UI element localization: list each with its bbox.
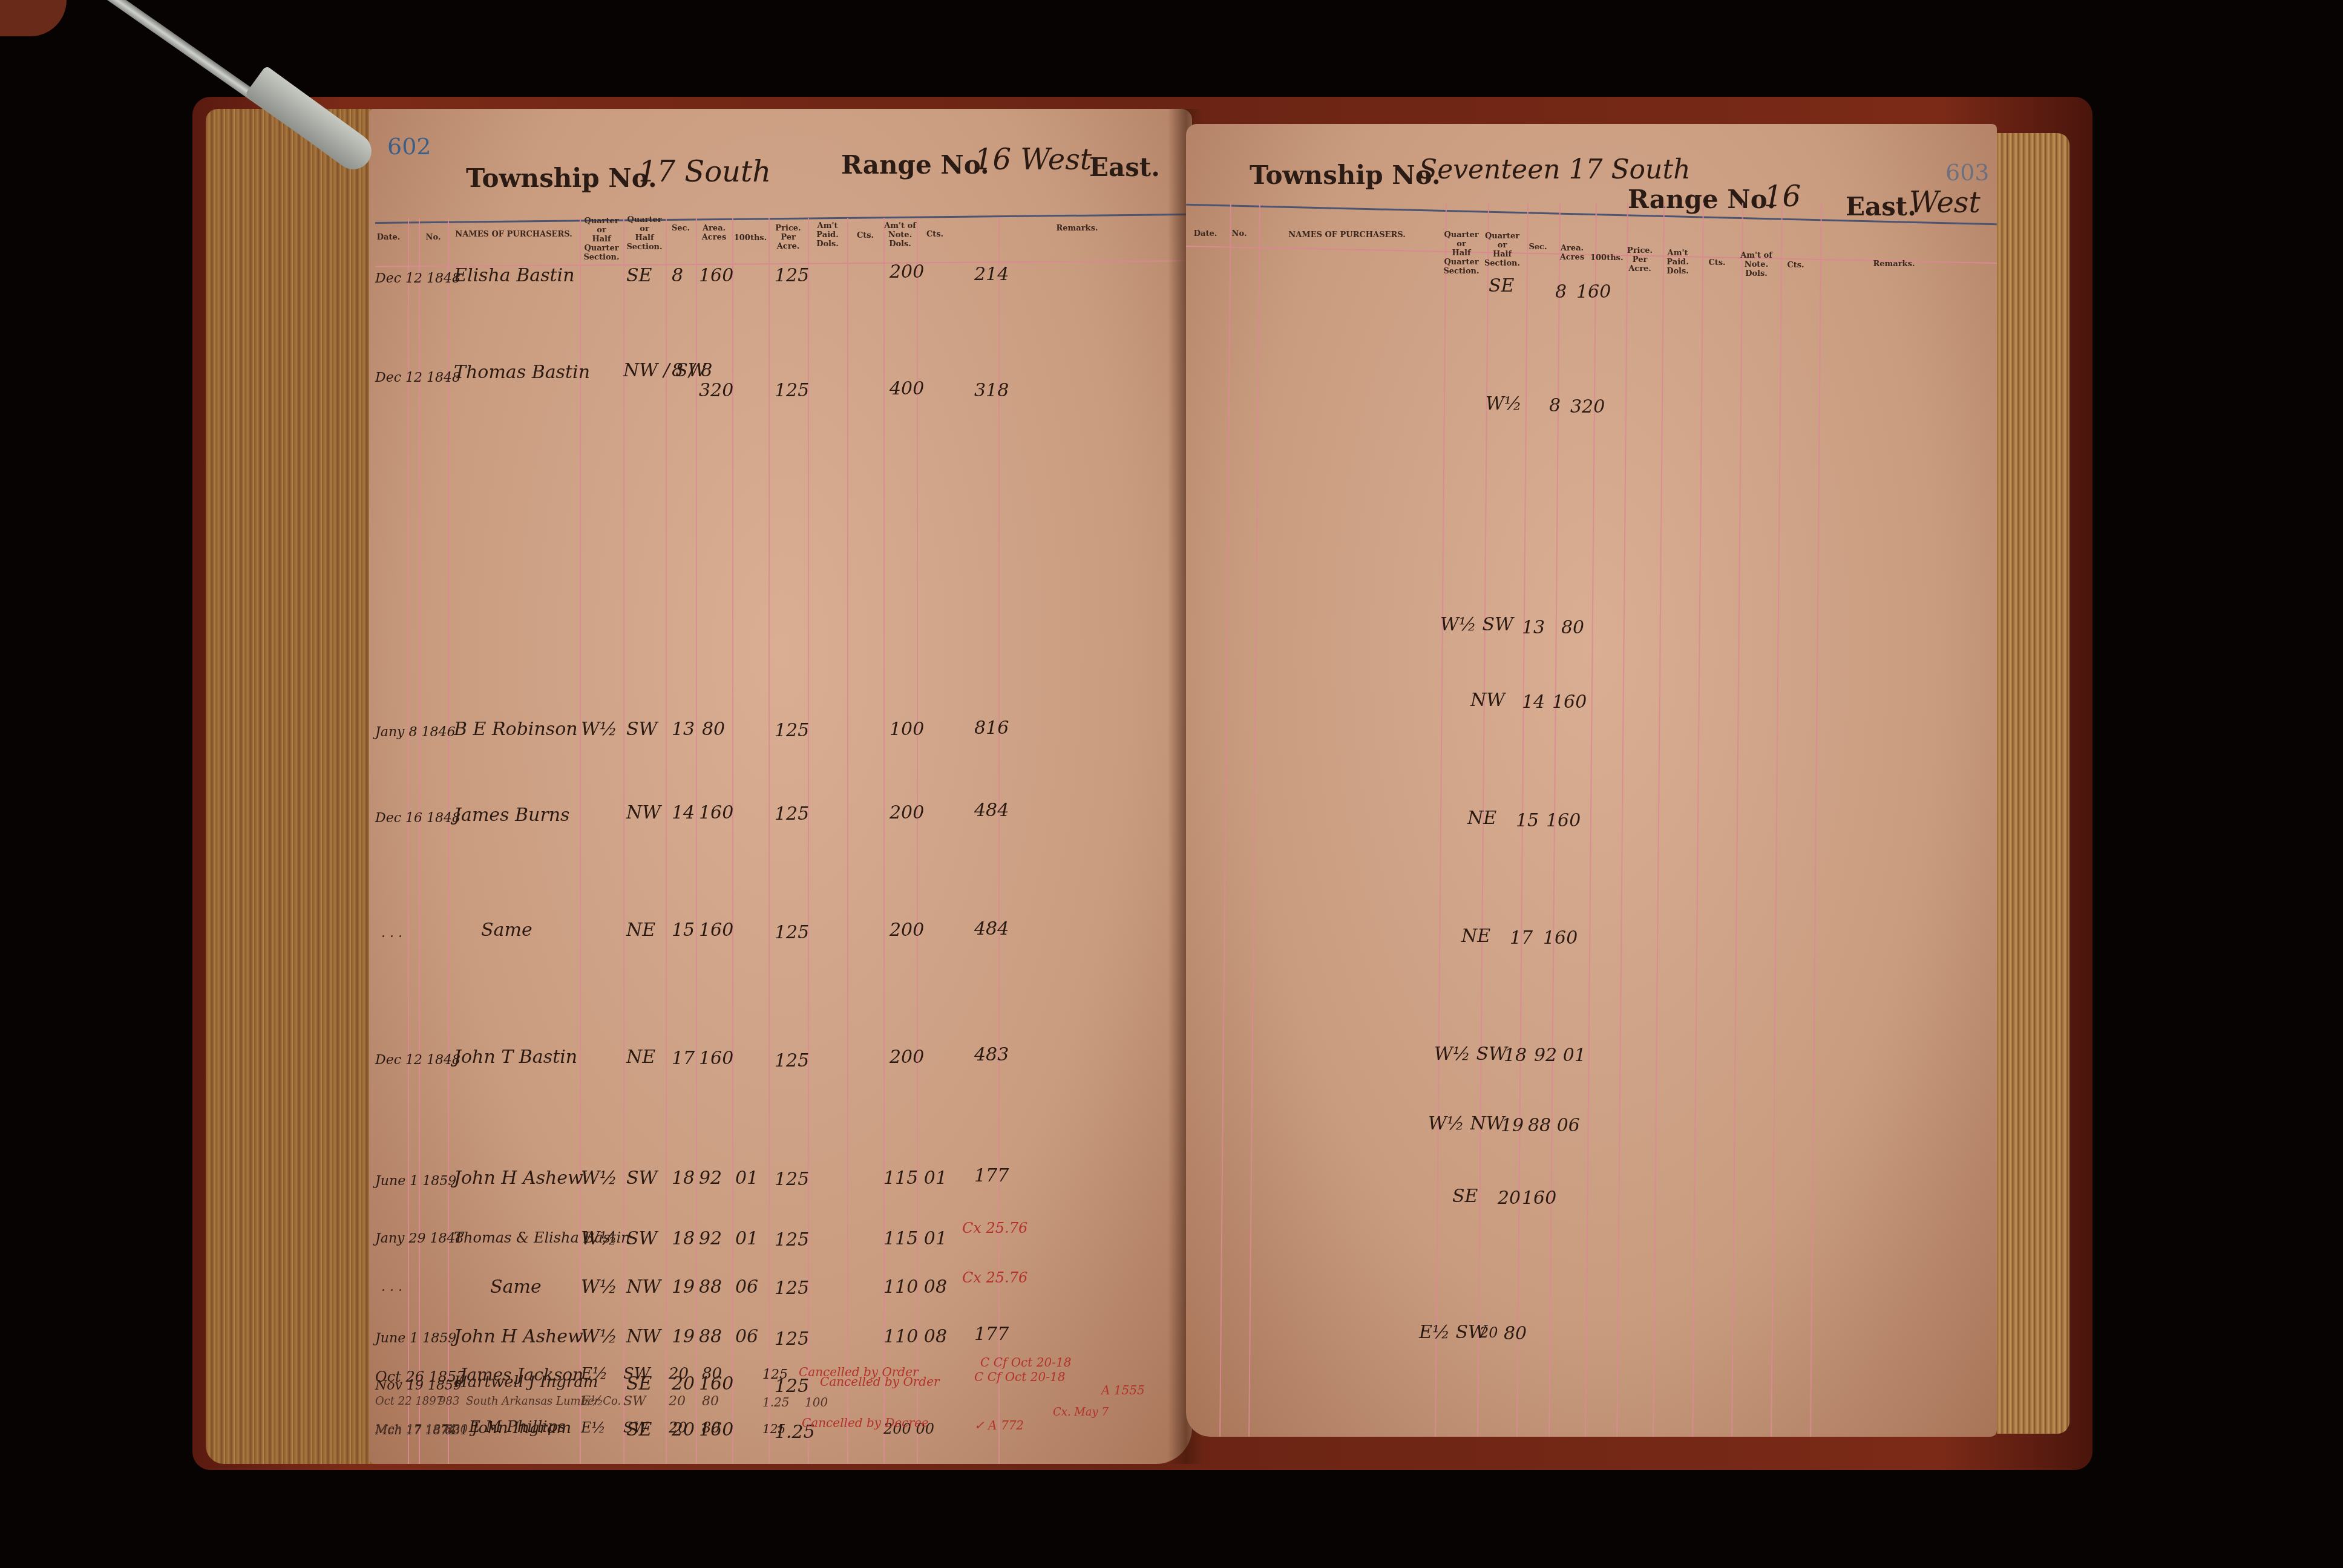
column-line	[666, 218, 667, 1464]
row-paid: 100	[805, 1395, 828, 1410]
col-date: Date.	[369, 233, 408, 242]
column-line	[808, 218, 809, 1464]
row-acres: 160	[1546, 810, 1581, 831]
row-date: . . .	[381, 1279, 402, 1295]
row-quarter: NW	[626, 802, 661, 823]
row-sec: 18	[672, 1228, 695, 1249]
column-line	[1616, 203, 1628, 1437]
row-remarks: 214	[974, 264, 1009, 285]
row-qq: W½	[581, 1168, 617, 1189]
col-paid-dols: Am't Paid. Dols.	[1658, 249, 1697, 276]
col-paid-cts: Cts.	[847, 231, 883, 240]
row-acres: 80	[702, 719, 725, 740]
col-sec: Sec.	[666, 224, 696, 233]
row-quarter: SE	[626, 265, 652, 286]
col-price: Price. Per Acre.	[768, 224, 808, 251]
row-100ths: 06	[735, 1326, 758, 1347]
row-acres: 92	[699, 1168, 722, 1189]
page-number: 602	[387, 133, 431, 160]
row-note: 200	[890, 1047, 924, 1068]
row-remarks: 318	[974, 380, 1009, 401]
col-price: Price. Per Acre.	[1622, 246, 1658, 273]
row-sec: 20	[1498, 1187, 1521, 1209]
row-acres: 80	[702, 1394, 719, 1409]
row-sec: 19	[672, 1326, 695, 1347]
row-quarter: SW	[626, 1168, 657, 1189]
row-price: 1.25	[762, 1395, 790, 1410]
row-sec: 17	[1510, 927, 1533, 949]
range-label: Range No.	[841, 150, 989, 180]
row-price: 125	[775, 1229, 809, 1250]
row-remarks: 484	[974, 800, 1009, 821]
col-acres: Area. Acres	[1554, 244, 1590, 262]
column-line	[1810, 203, 1822, 1437]
row-price: 125	[775, 720, 809, 741]
row-remarks: 177	[974, 1165, 1009, 1186]
row-no: 630	[445, 1422, 468, 1436]
row-price: 125	[775, 265, 809, 286]
row-acres: 160	[699, 802, 733, 823]
row-price: 125	[775, 922, 809, 943]
column-line	[1653, 203, 1665, 1437]
row-sec: 18	[1504, 1045, 1527, 1066]
row-date: Dec 12 1848	[375, 1053, 460, 1068]
row-qq: W½	[581, 1228, 617, 1249]
row-name: Same	[481, 920, 532, 941]
row-no: 983	[439, 1395, 459, 1408]
row-quarter: SW	[623, 1394, 646, 1409]
row-name: Same	[490, 1276, 542, 1298]
right-page: 603 Township No. Seventeen 17 South Rang…	[1186, 124, 1997, 1437]
col-note-dols: Am't of Note. Dols.	[883, 221, 917, 249]
row-sec: 15	[1516, 810, 1539, 831]
row-sec: 14	[672, 802, 695, 823]
row-qq: W½	[581, 1276, 617, 1298]
row-date: Jany 8 1846	[375, 725, 456, 740]
col-sec: Sec.	[1522, 243, 1554, 252]
column-line	[1585, 203, 1597, 1437]
row-quarter: SW	[623, 1419, 648, 1436]
column-line	[1248, 203, 1260, 1437]
row-sec: 13	[1522, 617, 1545, 638]
row-sec: 20	[669, 1419, 687, 1436]
row-sec: 19	[672, 1276, 695, 1298]
row-qq: W½	[581, 719, 617, 740]
row-acres: 88	[699, 1326, 722, 1347]
row-date: Oct 26 1857	[375, 1368, 466, 1385]
column-line	[623, 218, 624, 1464]
row-100ths: 06	[735, 1276, 758, 1298]
row-acres: 88 06	[1528, 1115, 1580, 1136]
row-sec: 8 / 8	[672, 360, 712, 381]
col-100ths: 100ths.	[1590, 253, 1622, 263]
row-name: Thomas Bastin	[454, 362, 590, 383]
row-name: James Jackson	[460, 1365, 583, 1385]
row-acres: 88	[699, 1276, 722, 1298]
row-date: June 1 1859	[375, 1174, 456, 1189]
row-date: Oct 22 1897	[375, 1395, 443, 1408]
row-remarks: C Cf Oct 20-18	[974, 1370, 1065, 1384]
row-remarks: A 1555	[1101, 1383, 1145, 1397]
row-note: 200	[890, 920, 924, 941]
row-sec: 14	[1522, 691, 1545, 713]
row-price: 125	[775, 803, 809, 825]
row-name: John H Ashew	[454, 1168, 583, 1189]
row-note: 110 08	[883, 1276, 947, 1298]
row-remarks: C Cf Oct 20-18	[980, 1355, 1071, 1370]
row-acres: 92 01	[1534, 1045, 1586, 1066]
left-page: 602 Township No. 17 South Range No. 16 W…	[369, 109, 1192, 1464]
row-paid: Cancelled by Decree	[802, 1416, 929, 1430]
col-paid-cts: Cts.	[1697, 258, 1737, 267]
row-acres: 160	[699, 920, 733, 941]
east-label: East.	[1089, 152, 1160, 182]
range-label: Range No.	[1628, 185, 1776, 214]
row-remarks: ✓ A 772	[974, 1418, 1024, 1432]
row-remarks: 483	[974, 1044, 1009, 1065]
row-remarks: 816	[974, 717, 1009, 739]
row-acres: 92	[699, 1228, 722, 1249]
row-date: Dec 12 1848	[375, 370, 460, 385]
row-name: John T Bastin	[454, 1047, 577, 1068]
page-edges-right	[1997, 133, 2069, 1434]
row-quarter: SW	[626, 719, 657, 740]
row-quarter: NW	[626, 1276, 661, 1298]
row-acres: 160	[1576, 281, 1611, 302]
row-acres: 160	[699, 265, 733, 286]
row-100ths: 01	[735, 1168, 758, 1189]
row-price: 125	[775, 1169, 809, 1190]
row-tract: E½ SW	[1419, 1322, 1487, 1343]
row-quarter: SW	[623, 1365, 650, 1383]
col-q-section: Quarter or Half Section.	[623, 215, 666, 252]
row-sec: 20	[669, 1365, 689, 1383]
row-price: 125	[762, 1422, 785, 1436]
row-qq: E½	[581, 1365, 608, 1383]
row-qq: E½	[581, 1394, 603, 1409]
row-note: 110 08	[883, 1326, 947, 1347]
col-remarks: Remarks.	[1815, 260, 1973, 269]
row-quarter: SW	[626, 1228, 657, 1249]
row-tract: W½ SW	[1440, 614, 1513, 635]
east-value: West	[1909, 186, 1981, 220]
row-name: E M Phillips	[469, 1418, 566, 1436]
row-sec: 8	[1555, 281, 1567, 302]
column-line	[419, 218, 420, 1464]
hand	[0, 0, 67, 36]
row-sec: 20	[1480, 1324, 1498, 1341]
row-name: James Burns	[454, 805, 569, 826]
column-line	[1435, 203, 1447, 1437]
row-tract: W½ SW	[1434, 1044, 1507, 1065]
column-line	[696, 218, 697, 1464]
row-remarks: Cx. May 7	[1053, 1406, 1109, 1419]
township-value: Seventeen 17 South	[1419, 154, 1690, 185]
row-sec: 15	[672, 920, 695, 941]
col-paid-dols: Am't Paid. Dols.	[808, 221, 847, 249]
col-acres: Area. Acres	[696, 224, 732, 242]
range-value: 16 West	[974, 143, 1092, 177]
row-paid: Cancelled by Order	[799, 1365, 919, 1379]
col-no: No.	[1225, 229, 1254, 238]
township-label: Township No.	[466, 163, 657, 193]
row-remarks: 177	[974, 1324, 1009, 1345]
column-line	[732, 218, 733, 1464]
row-tract: SE	[1452, 1186, 1478, 1207]
row-date: Mch 17 1874	[375, 1422, 456, 1436]
row-sec: 18	[672, 1168, 695, 1189]
row-remarks: Cx 25.76	[962, 1220, 1027, 1236]
row-date: Dec 12 1848	[375, 271, 460, 286]
row-name: B E Robinson	[454, 719, 578, 740]
column-line	[448, 218, 449, 1464]
row-note: 115 01	[883, 1228, 947, 1249]
column-line	[1692, 203, 1704, 1437]
row-quarter: NE	[626, 920, 655, 941]
row-sec: 17	[672, 1048, 695, 1069]
col-names: NAMES OF PURCHASERS.	[448, 230, 580, 239]
row-quarter: NE	[626, 1047, 655, 1068]
row-date: June 1 1859	[375, 1331, 456, 1346]
row-100ths: 01	[735, 1228, 758, 1249]
row-qq: W½	[581, 1326, 617, 1347]
east-label: East.	[1846, 192, 1916, 221]
row-name: John H Ashew	[454, 1326, 583, 1347]
row-note: 200	[890, 802, 924, 823]
row-acres: 160	[1552, 691, 1587, 713]
col-100ths: 100ths.	[732, 234, 768, 243]
row-sec: 20	[669, 1394, 686, 1409]
col-q-section: Quarter or Half Section.	[1483, 232, 1522, 268]
row-tract: NE	[1467, 808, 1496, 829]
row-sec: 8	[672, 265, 683, 286]
row-acres: 80	[702, 1365, 722, 1383]
column-line	[847, 218, 848, 1464]
page-number: 603	[1945, 159, 1990, 186]
col-qq-section: Quarter or Half Quarter Section.	[580, 217, 623, 262]
col-remarks: Remarks.	[998, 224, 1156, 233]
page-edges-left	[206, 109, 375, 1464]
column-line	[1771, 203, 1783, 1437]
row-acres: 160	[1522, 1187, 1556, 1209]
row-acres: 320	[699, 380, 733, 401]
row-remarks: Cx 25.76	[962, 1269, 1027, 1286]
row-acres: 160	[699, 1048, 733, 1069]
row-note: 100	[890, 719, 924, 740]
col-note-cts: Cts.	[1776, 261, 1815, 270]
row-acres: 80	[702, 1419, 721, 1436]
row-quarter: NW	[626, 1326, 661, 1347]
col-qq-section: Quarter or Half Quarter Section.	[1440, 230, 1483, 276]
col-no: No.	[419, 233, 448, 242]
row-sec: 13	[672, 719, 695, 740]
row-date: Jany 29 1848	[375, 1231, 464, 1246]
row-remarks: 484	[974, 918, 1009, 939]
row-acres: 80	[1504, 1323, 1527, 1344]
column-line	[1731, 203, 1743, 1437]
row-note: 200	[890, 261, 924, 283]
col-names: NAMES OF PURCHASERS.	[1254, 230, 1440, 240]
row-price: 125	[775, 1050, 809, 1071]
header-rule	[375, 214, 1186, 224]
col-note-cts: Cts.	[917, 230, 953, 239]
row-acres: 320	[1570, 396, 1605, 417]
row-date: Dec 16 1848	[375, 811, 460, 826]
row-price: 125	[762, 1367, 788, 1382]
row-acres: 80	[1561, 617, 1584, 638]
row-tract: W½ NW	[1428, 1113, 1505, 1134]
township-label: Township No.	[1250, 160, 1441, 190]
row-name: Elisha Bastin	[454, 265, 575, 286]
row-price: 125	[775, 1328, 809, 1350]
column-line	[1219, 203, 1231, 1437]
row-sec: 8	[1549, 395, 1561, 416]
row-date: . . .	[381, 926, 402, 941]
row-price: 125	[775, 1278, 809, 1299]
column-line	[408, 218, 409, 1464]
row-tract: W½	[1486, 393, 1522, 414]
col-note-dols: Am't of Note. Dols.	[1737, 251, 1776, 278]
row-price: 125	[775, 380, 809, 401]
column-line	[768, 218, 770, 1464]
row-acres: 160	[1543, 927, 1578, 949]
row-qq: E½	[581, 1419, 606, 1436]
row-tract: NW	[1470, 690, 1505, 711]
row-note: 400	[890, 378, 924, 399]
row-tract: SE	[1489, 275, 1514, 296]
row-sec: 19	[1501, 1115, 1524, 1136]
row-tract: NE	[1461, 926, 1490, 947]
row-note: 115 01	[883, 1168, 947, 1189]
col-date: Date.	[1186, 229, 1225, 238]
township-value: 17 South	[638, 155, 771, 189]
